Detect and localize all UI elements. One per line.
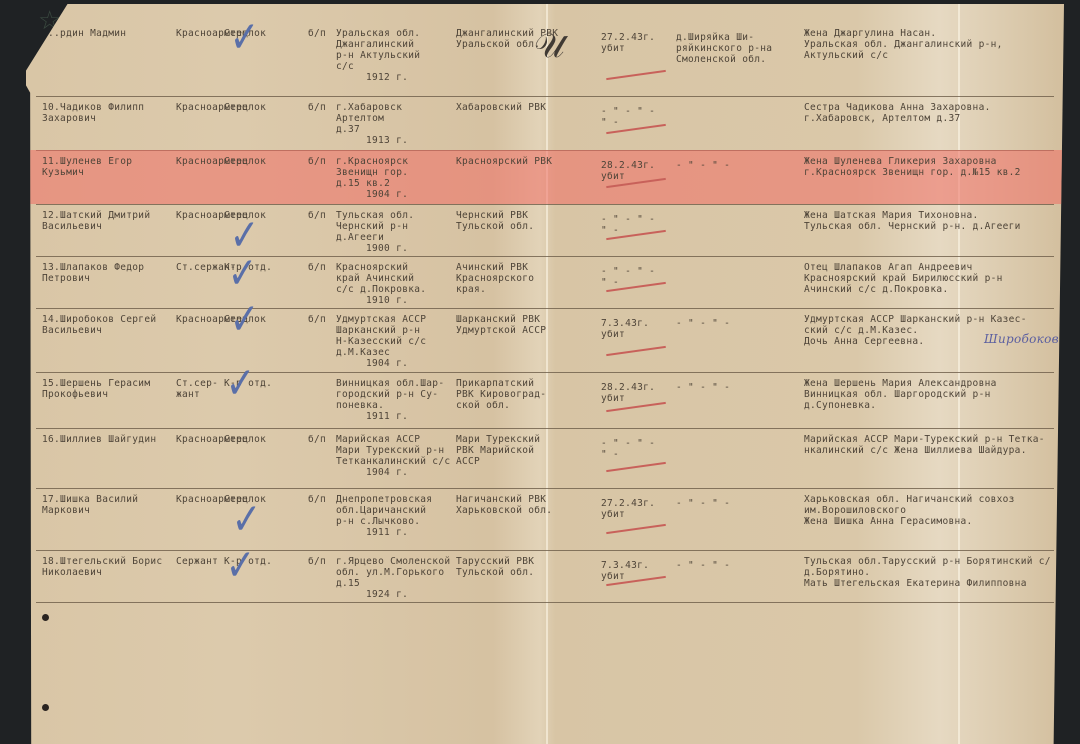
cell-kin: Отец Шлапаков Агап Андреевич Красноярски…	[804, 262, 1064, 295]
check-mark-icon: ✓	[230, 16, 260, 60]
cell-kin: Жена Шершень Мария Александровна Винницк…	[804, 378, 1064, 411]
cell-party: б/п	[308, 494, 332, 505]
cell-birthplace: Днепропетровская обл.Царичанский р-н с.Л…	[336, 494, 466, 538]
cell-kin: Жена Шатская Мария Тихоновна. Тульская о…	[804, 210, 1064, 232]
birth-year: 1924 г.	[336, 589, 466, 600]
birth-year: 1911 г.	[336, 527, 466, 538]
table-row: 12.Шатский Дмитрий ВасильевичКрасноармее…	[26, 204, 1064, 256]
birth-year: 1900 г.	[336, 243, 466, 254]
check-mark-icon: ✓	[232, 498, 262, 542]
cell-name: 14.Широбоков Сергей Васильевич	[42, 314, 170, 336]
cell-birthplace: Марийская АССР Мари Турекский р-н Теткан…	[336, 434, 466, 478]
cell-burial: - " - " -	[676, 560, 796, 571]
row-divider	[36, 602, 1054, 603]
table-row: 17.Шишка Василий МарковичКрасноармеецСтр…	[26, 488, 1064, 550]
birth-year: 1904 г.	[336, 467, 466, 478]
cell-birthplace: Тульская обл. Чернский р-н д.Агееги1900 …	[336, 210, 466, 254]
cell-birthplace: Уральская обл. Джангалинский р-н Актульс…	[336, 28, 466, 83]
cell-party: б/п	[308, 434, 332, 445]
cell-name: 13.Шлапаков Федор Петрович	[42, 262, 170, 284]
cell-party: б/п	[308, 28, 332, 39]
table-row: 15.Шершень Герасим ПрокофьевичСт.сер- жа…	[26, 372, 1064, 428]
cell-kin: Харьковская обл. Нагичанский совхоз им.В…	[804, 494, 1064, 527]
cell-party: б/п	[308, 210, 332, 221]
cell-burial: д.Ширяйка Ши- ряйкинского р-на Смоленско…	[676, 32, 796, 65]
cell-kin: Сестра Чадикова Анна Захаровна. г.Хабаро…	[804, 102, 1064, 124]
cell-kin: Жена Джаргулина Насан. Уральская обл. Дж…	[804, 28, 1064, 61]
cell-birthplace: г.Ярцево Смоленской обл. ул.М.Горького д…	[336, 556, 466, 600]
table-row: 16.Шиллиев ШайгудинКрасноармеецСтрелокб/…	[26, 428, 1064, 488]
cell-name: 18.Штегельский Борис Николаевич	[42, 556, 170, 578]
cell-name: 12.Шатский Дмитрий Васильевич	[42, 210, 170, 232]
birth-year: 1912 г.	[336, 72, 466, 83]
punch-hole	[42, 614, 49, 621]
cell-rvk: Прикарпатский РВК Кировоград- ской обл.	[456, 378, 568, 411]
cell-name: ...рдин Мадмин	[42, 28, 170, 39]
cell-name: 17.Шишка Василий Маркович	[42, 494, 170, 516]
table-row: 18.Штегельский Борис НиколаевичСержантК-…	[26, 550, 1064, 602]
handwritten-annotation: Широбокова	[984, 334, 1066, 345]
cell-rvk: Джангалинский РВК Уральской обл.	[456, 28, 568, 50]
table-row-highlighted: 11.Шуленев Егор КузьмичКрасноармеецСтрел…	[26, 150, 1064, 204]
cell-burial: - " - " -	[676, 318, 796, 329]
cell-birthplace: г.Хабаровск Артелтом д.371913 г.	[336, 102, 466, 146]
cell-burial: - " - " -	[676, 160, 796, 171]
red-pencil-mark	[606, 70, 666, 80]
cell-rvk: Нагичанский РВК Харьковской обл.	[456, 494, 568, 516]
red-pencil-mark	[606, 346, 666, 356]
red-pencil-mark	[606, 462, 666, 472]
cell-birthplace: г.Красноярск Звенищн гор. д.15 кв.21904 …	[336, 156, 466, 200]
birth-year: 1911 г.	[336, 411, 466, 422]
cell-burial: - " - " -	[676, 498, 796, 509]
table-row: 10.Чадиков Филипп ЗахаровичКрасноармеецС…	[26, 96, 1064, 150]
cell-position: Стрелок	[224, 102, 294, 113]
cell-position: Стрелок	[224, 156, 294, 167]
cell-name: 11.Шуленев Егор Кузьмич	[42, 156, 170, 178]
cell-party: б/п	[308, 262, 332, 273]
birth-year: 1913 г.	[336, 135, 466, 146]
punch-hole	[42, 704, 49, 711]
cell-birthplace: Винницкая обл.Шар- городский р-н Су- пон…	[336, 378, 466, 422]
red-pencil-mark	[606, 524, 666, 534]
cell-name: 10.Чадиков Филипп Захарович	[42, 102, 170, 124]
check-mark-icon: ✓	[228, 252, 258, 296]
cell-position: Стрелок	[224, 434, 294, 445]
check-mark-icon: ✓	[226, 362, 256, 406]
table-row: ...рдин МадминКрасноармеецСтрелокб/пУрал…	[26, 22, 1064, 96]
cell-rvk: Чернский РВК Тульской обл.	[456, 210, 568, 232]
birth-year: 1910 г.	[336, 295, 466, 306]
cell-date: 7.3.43г. убит	[601, 318, 661, 340]
birth-year: 1904 г.	[336, 189, 466, 200]
cell-burial: - " - " -	[676, 382, 796, 393]
table-row: 13.Шлапаков Федор ПетровичСт.сержантК-р …	[26, 256, 1064, 308]
cell-rvk: Мари Турекский РВК Марийской АССР	[456, 434, 568, 467]
cell-rvk: Шарканский РВК Удмуртской АССР	[456, 314, 568, 336]
cell-date: 27.2.43г. убит	[601, 32, 661, 54]
cell-birthplace: Красноярский край Ачинский с/с д.Покровк…	[336, 262, 466, 306]
cell-kin: Жена Шуленева Гликерия Захаровна г.Красн…	[804, 156, 1064, 178]
cell-party: б/п	[308, 556, 332, 567]
cell-birthplace: Удмуртская АССР Шарканский р-н Н-Казесск…	[336, 314, 466, 369]
check-mark-icon: ✓	[230, 298, 260, 342]
cell-date: 27.2.43г. убит	[601, 498, 661, 520]
birth-year: 1904 г.	[336, 358, 466, 369]
check-mark-icon: ✓	[226, 544, 256, 588]
cell-rvk: Хабаровский РВК	[456, 102, 568, 113]
cell-party: б/п	[308, 156, 332, 167]
table-row: 14.Широбоков Сергей ВасильевичКрасноарме…	[26, 308, 1064, 372]
cell-rvk: Ачинский РВК Красноярского края.	[456, 262, 568, 295]
document-sheet: 𝒰 ...рдин МадминКрасноармеецСтрелокб/пУр…	[26, 4, 1064, 744]
cell-date: 28.2.43г. убит	[601, 382, 661, 404]
cell-name: 15.Шершень Герасим Прокофьевич	[42, 378, 170, 400]
cell-kin: Тульская обл.Тарусский р-н Борятинский с…	[804, 556, 1064, 589]
cell-party: б/п	[308, 314, 332, 325]
cell-rvk: Красноярский РВК	[456, 156, 568, 167]
cell-name: 16.Шиллиев Шайгудин	[42, 434, 170, 445]
cell-party: б/п	[308, 102, 332, 113]
cell-rvk: Тарусский РВК Тульской обл.	[456, 556, 568, 578]
cell-date: - " - " - " -	[601, 438, 661, 460]
cell-kin: Марийская АССР Мари-Турекский р-н Тетка-…	[804, 434, 1064, 456]
